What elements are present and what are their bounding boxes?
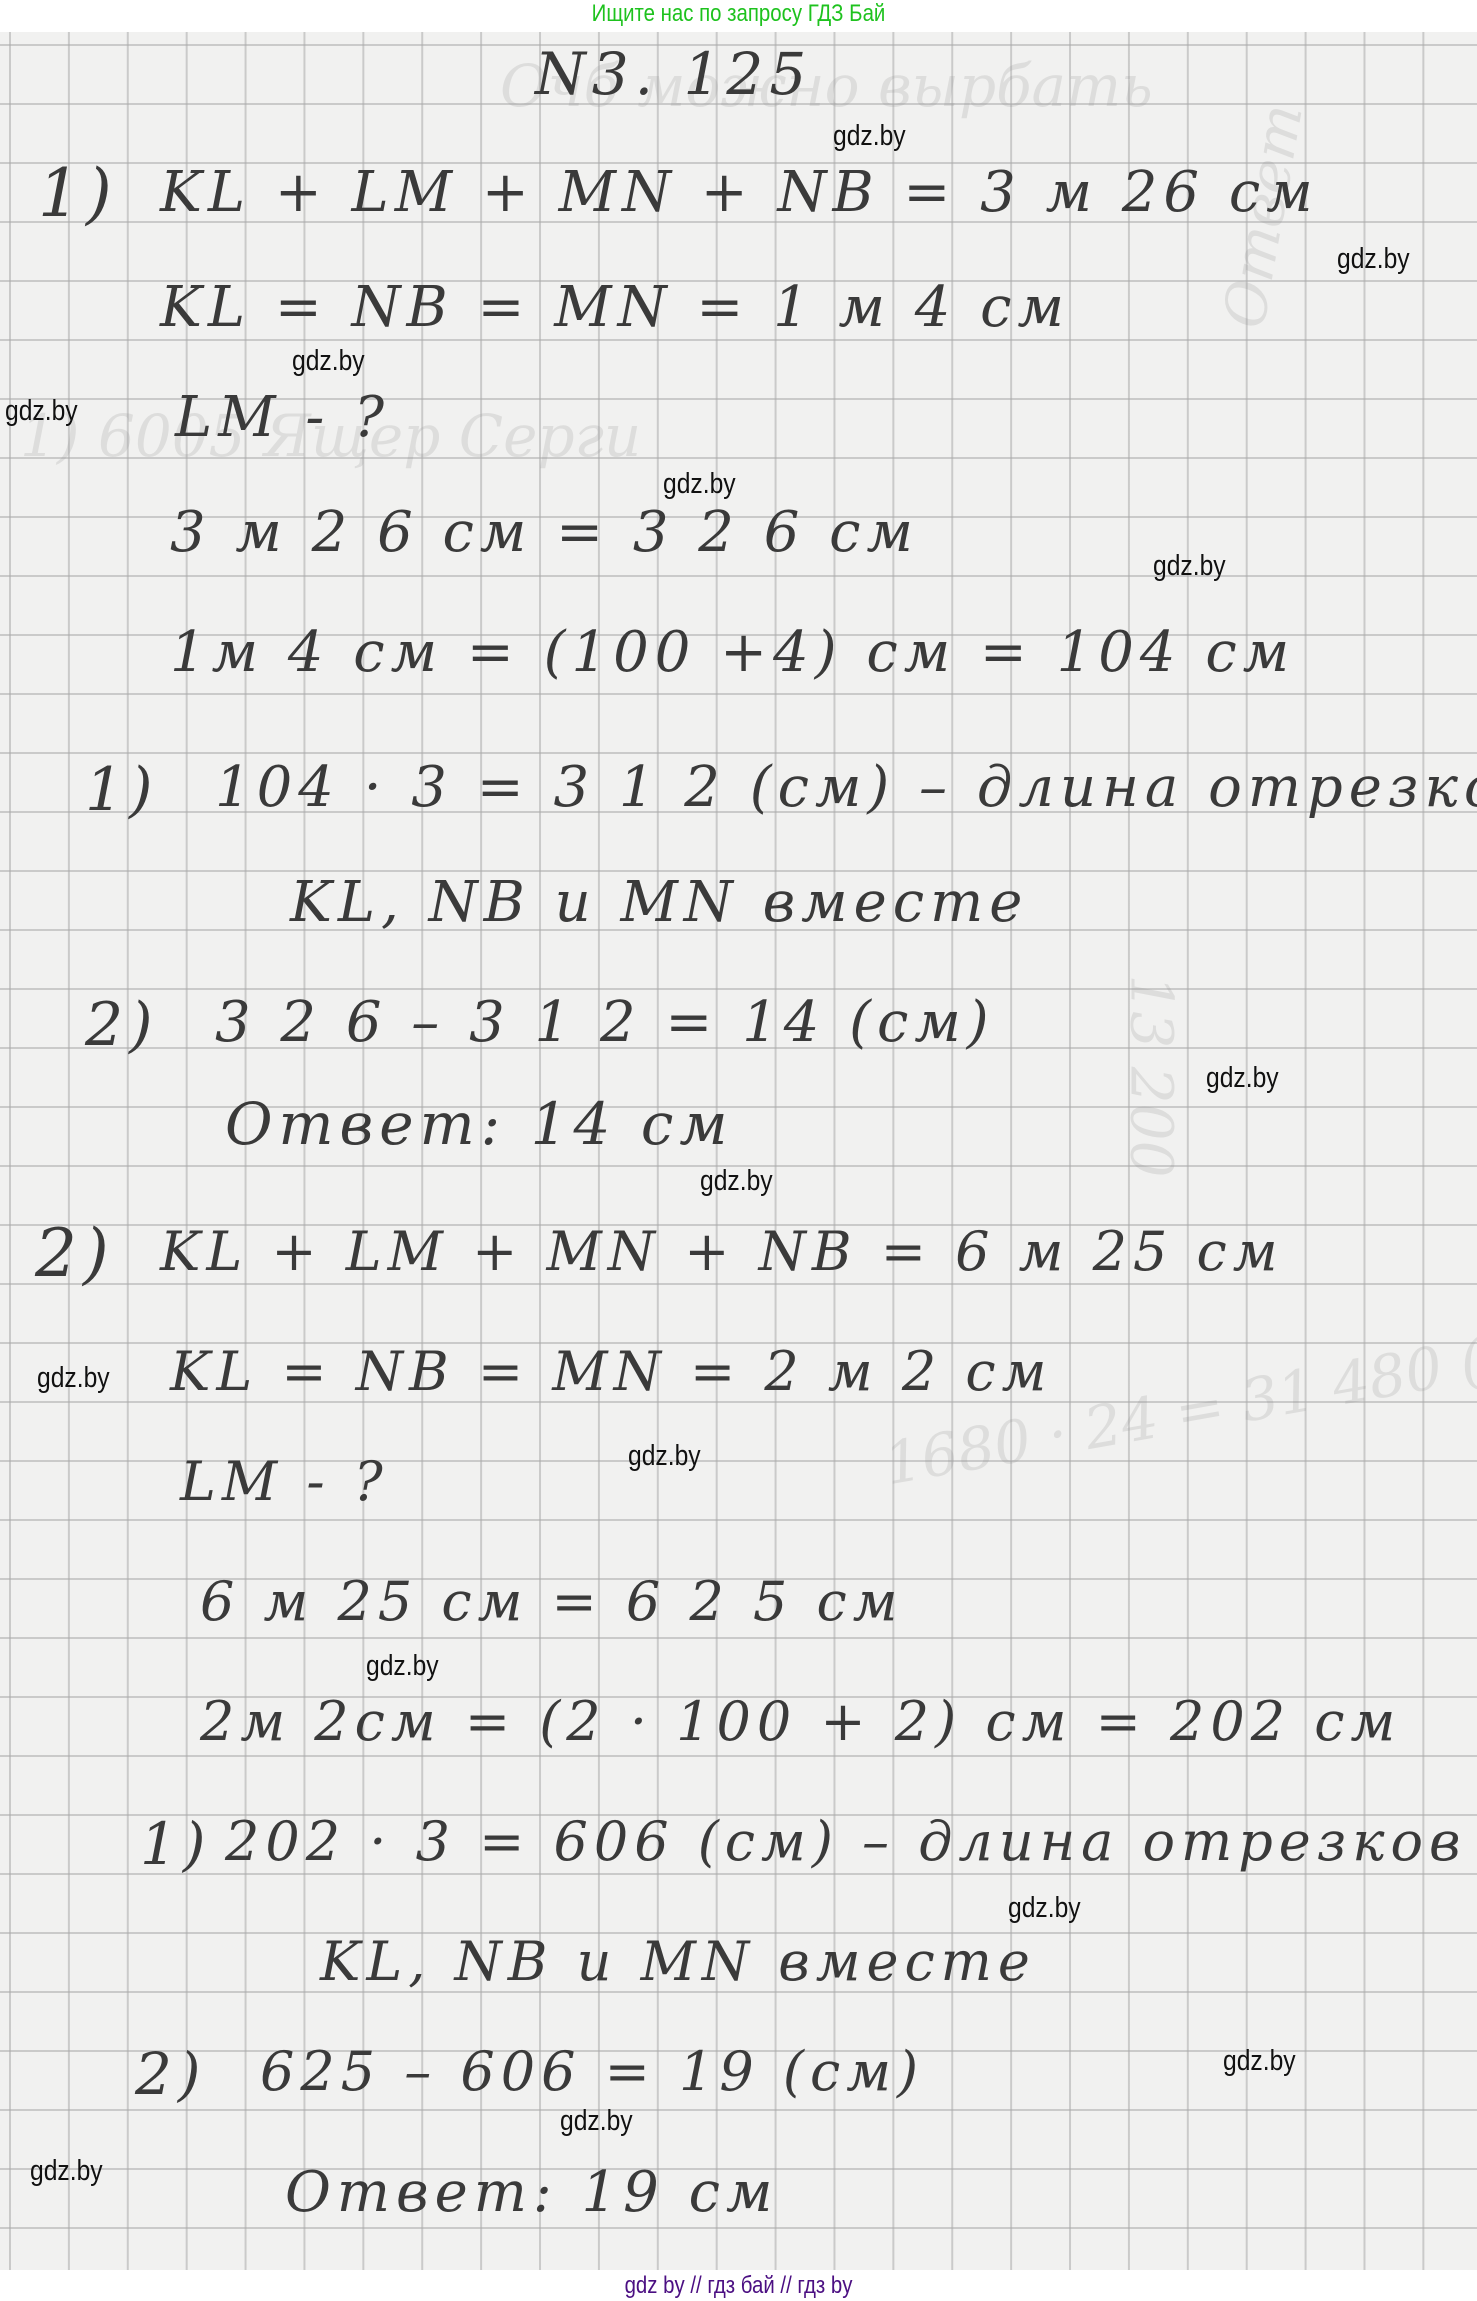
watermark: gdz.by [292,345,365,378]
part2-step1-continued: KL, NB и MN вместе [320,1930,1036,1993]
watermark: gdz.by [30,2155,103,2188]
top-banner: Ищите нас по запросу ГДЗ Бай [111,0,1366,32]
watermark: gdz.by [1206,1062,1279,1095]
part2-step1-label: 1) [140,1810,212,1878]
part1-step2-label: 2) [85,990,159,1060]
watermark: gdz.by [5,395,78,428]
show-through-text: 13 200 [1117,975,1185,1178]
part2-step2: 625 – 606 = 19 (см) [260,2040,924,2103]
watermark: gdz.by [560,2105,633,2138]
watermark: gdz.by [1153,550,1226,583]
part2-step2-label: 2) [135,2040,207,2108]
watermark: gdz.by [700,1165,773,1198]
watermark: gdz.by [1223,2045,1296,2078]
part1-answer: Ответ: 14 см [225,1090,733,1158]
part1-step1-continued: KL, NB и MN вместе [290,870,1028,935]
part2-given-sum: KL + LM + MN + NB = 6 м 25 см [160,1220,1283,1283]
part2-convert-total: 6 м 25 см = 6 2 5 см [200,1570,904,1633]
part2-find: LM - ? [180,1450,389,1513]
part2-label: 2) [35,1215,115,1292]
watermark: gdz.by [628,1440,701,1473]
part1-given-equal: KL = NB = MN = 1 м 4 см [160,275,1070,340]
part2-given-equal: KL = NB = MN = 2 м 2 см [170,1340,1052,1403]
part2-answer: Ответ: 19 см [285,2160,778,2225]
problem-number: N3. 125 [535,40,812,108]
watermark: gdz.by [37,1362,110,1395]
part1-step2: 3 2 6 – 3 1 2 = 14 (см) [215,990,995,1055]
part1-find: LM - ? [175,385,390,450]
part1-label: 1) [38,155,118,232]
watermark: gdz.by [1337,243,1410,276]
part1-step1-label: 1) [85,755,159,825]
part1-convert-part: 1м 4 см = (100 +4) см = 104 см [170,620,1295,685]
part2-step1: 202 · 3 = 606 (см) – длина отрезков [225,1810,1466,1873]
watermark: gdz.by [366,1650,439,1683]
watermark: gdz.by [833,120,906,153]
bottom-banner: gdz by // гдз бай // гдз by [111,2270,1366,2301]
part1-given-sum: KL + LM + MN + NB = 3 м 26 см [160,160,1319,225]
part1-step1: 104 · 3 = 3 1 2 (см) – длина отрезков [215,755,1477,820]
watermark: gdz.by [1008,1892,1081,1925]
part2-convert-part: 2м 2см = (2 · 100 + 2) см = 202 см [200,1690,1401,1753]
watermark: gdz.by [663,468,736,501]
part1-convert-total: 3 м 2 6 см = 3 2 6 см [170,500,919,565]
